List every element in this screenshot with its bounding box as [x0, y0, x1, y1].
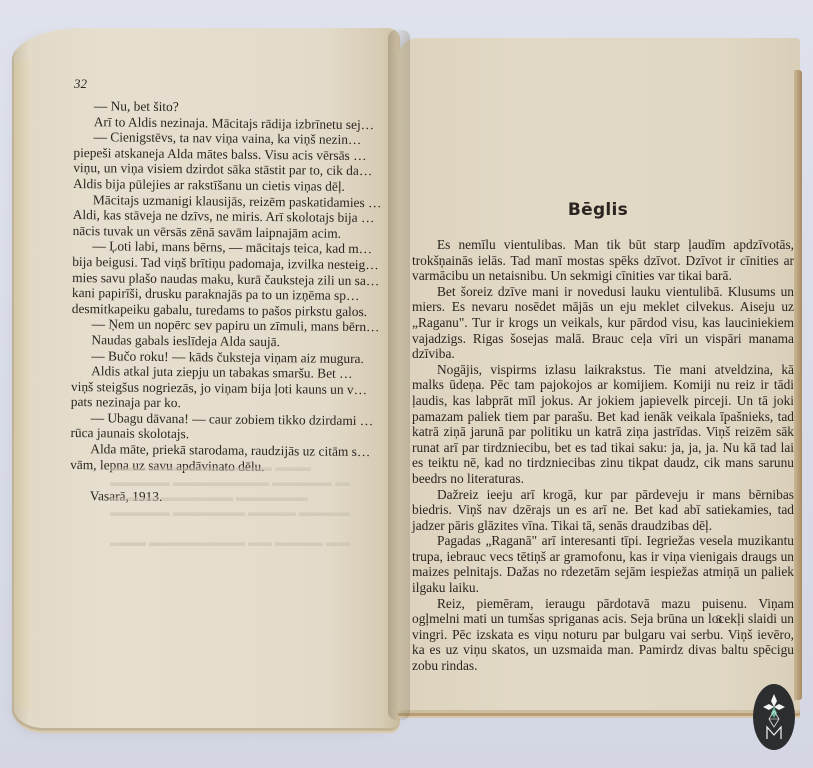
paragraph: Reiz, piemēram, ieraugu pārdotavā mazu p…: [412, 596, 794, 674]
folk-ornament-m-logo-icon: [757, 689, 791, 745]
watermark-logo: [753, 684, 795, 750]
left-page-text: — Nu, bet šito? Arī to Aldis nezinaja. M…: [70, 98, 406, 507]
left-page-edges: [14, 60, 32, 710]
paragraph: Pagadas „Raganā" arī interesanti tīpi. I…: [412, 533, 794, 595]
paragraph: Nogājis, vispirms izlasu laikrakstus. Ti…: [412, 362, 794, 487]
right-page-text: Es nemīlu vientulibas. Man tik būt starp…: [412, 237, 794, 674]
paragraph: Bet šoreiz dzīve mani ir novedusi lauku …: [412, 284, 794, 362]
chapter-title: Bēglis: [400, 200, 796, 220]
left-page-number: 32: [74, 76, 87, 92]
paragraph: Dažreiz ieeju arī krogā, kur par pārdeve…: [412, 487, 794, 534]
paragraph: Es nemīlu vientulibas. Man tik būt starp…: [412, 237, 794, 284]
bleed-through-text: ▬▬▬ ▬▬▬▬▬▬ ▬▬▬▬ ▬▬▬ ▬▬▬▬▬ ▬▬▬▬▬▬▬▬ ▬▬▬▬▬…: [110, 460, 350, 550]
right-page-number: 3: [716, 612, 722, 627]
right-page-edges: [794, 70, 802, 700]
